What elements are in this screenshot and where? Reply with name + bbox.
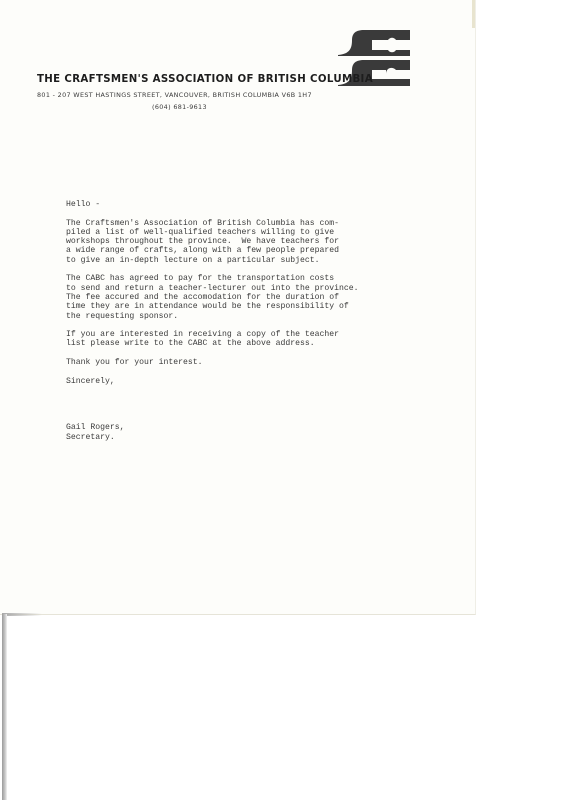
scan-shadow (2, 613, 42, 616)
signer-title: Secretary. (66, 433, 359, 442)
paper-edge (472, 0, 475, 28)
greeting: Hello - (66, 200, 359, 209)
organization-name: THE CRAFTSMEN'S ASSOCIATION OF BRITISH C… (37, 74, 373, 85)
organization-address: 801 - 207 WEST HASTINGS STREET, VANCOUVE… (37, 91, 312, 99)
signature-space (66, 395, 359, 423)
signer-name: Gail Rogers, (66, 423, 359, 432)
paragraph: The Craftsmen's Association of British C… (66, 219, 359, 265)
letter-body: Hello - The Craftsmen's Association of B… (66, 200, 359, 442)
closing: Sincerely, (66, 377, 359, 386)
paragraph: The CABC has agreed to pay for the trans… (66, 274, 359, 320)
scan-shadow-edge (2, 614, 7, 800)
paragraph: If you are interested in receiving a cop… (66, 330, 359, 349)
paragraph: Thank you for your interest. (66, 358, 359, 367)
organization-phone: (604) 681-9613 (152, 103, 207, 111)
